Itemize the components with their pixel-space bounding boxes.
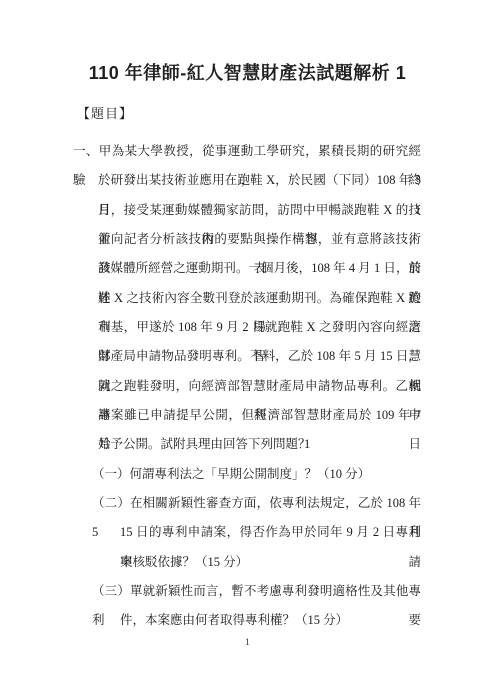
question-line: 同之跑鞋發明，向經濟部智慧財產局申請物品專利。乙就專利申: [98, 372, 421, 401]
question-line: 日，接受某運動媒體獨家訪問，訪問中甲暢談跑鞋 X 的技術內容，: [98, 196, 421, 225]
question-line: 15 日的專利申請案，得否作為甲於同年 9 月 2 日專利申請: [120, 518, 421, 547]
question-line: 並向記者分析該技術的要點與操作構想，並有意將該技術發表於: [98, 225, 421, 254]
question-line: 利基，甲遂於 108 年 9 月 2 日就跑鞋 X 之發明內容向經濟部智慧: [98, 313, 421, 342]
question-line: 請案雖已申請提早公開，但經濟部智慧財產局於 109 年 7 月 1 日: [98, 401, 421, 430]
question-line: （一）何謂專利法之「早期公開制度」？（10 分）: [92, 460, 421, 489]
question-line: 一、甲為某大學教授，從事運動工學研究，累積長期的研究經驗，終: [73, 137, 421, 166]
question-line: 該媒體所經營之運動期刊。一個月後，108 年 4 月 1 日，前述跑: [98, 254, 421, 283]
document-page: 110 年律師-紅人智慧財產法試題解析 1 【題目】 一、甲為某大學教授，從事運…: [0, 0, 495, 700]
page-number: 1: [0, 636, 495, 648]
page-title: 110 年律師-紅人智慧財產法試題解析 1: [0, 60, 495, 86]
question-line: 鞋 X 之技術內容全數刊登於該運動期刊。為確保跑鞋 X 於市場之: [98, 284, 421, 313]
question-line: （二）在相關新穎性審查方面，依專利法規定，乙於 108 年 5 月: [92, 489, 421, 518]
question-body: 一、甲為某大學教授，從事運動工學研究，累積長期的研究經驗，終於研發出某技術並應用…: [0, 137, 495, 636]
section-heading: 【題目】: [77, 105, 133, 122]
question-line: 於研發出某技術並應用在跑鞋 X，於民國（下同）108 年 3 月 1: [98, 166, 421, 195]
question-line: （三）單就新穎性而言，暫不考慮專利發明適格性及其他專利要: [92, 577, 421, 606]
question-line: 財產局申請物品發明專利。不料，乙於 108 年 5 月 15 日，就相: [98, 342, 421, 371]
